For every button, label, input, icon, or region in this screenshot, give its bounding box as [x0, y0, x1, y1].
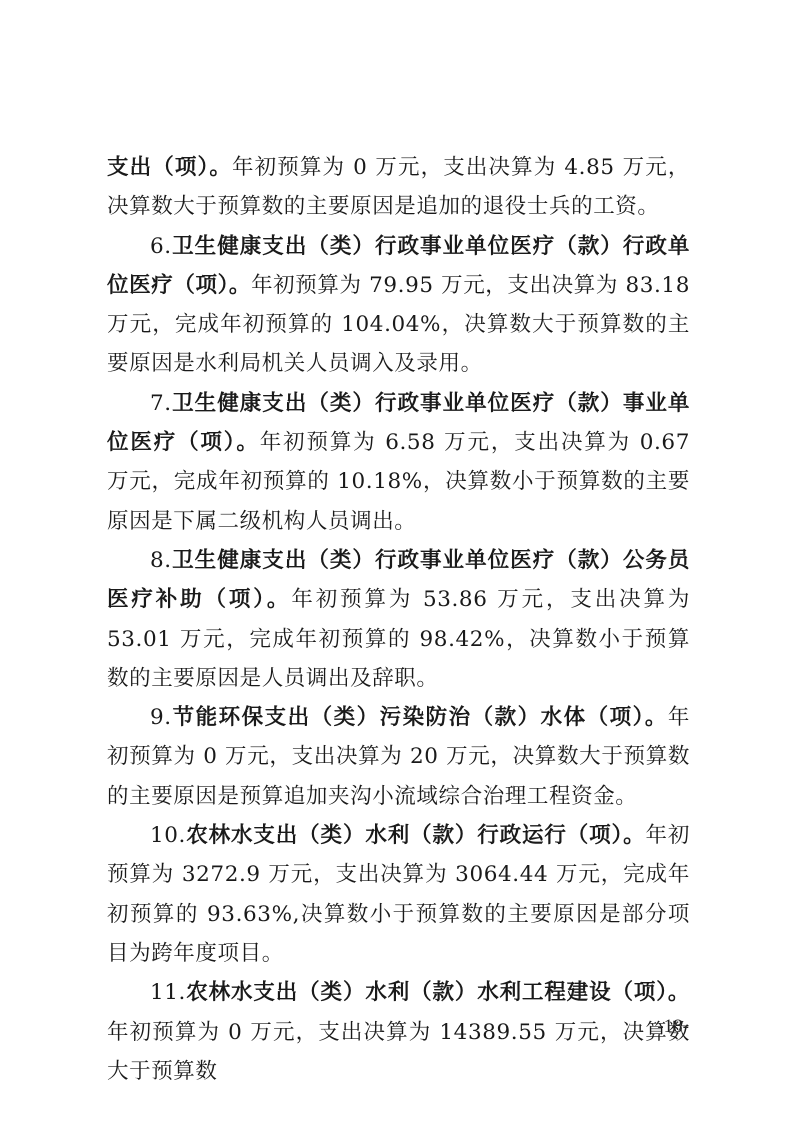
paragraph-6: 6.卫生健康支出（类）行政事业单位医疗（款）行政单位医疗（项）。年初预算为 79… [107, 227, 690, 384]
item-number: 7. [150, 391, 172, 416]
paragraph-5-continued: 支出（项）。年初预算为 0 万元，支出决算为 4.85 万元，决算数大于预算数的… [107, 148, 690, 227]
item-number: 11. [150, 980, 186, 1005]
item-number: 8. [150, 548, 172, 573]
item-body: 年初预算为 0 万元，支出决算为 14389.55 万元，决算数大于预算数 [107, 1020, 690, 1084]
paragraph-9: 9.节能环保支出（类）污染防治（款）水体（项）。年初预算为 0 万元，支出决算为… [107, 698, 690, 816]
item-heading: 支出（项）。 [107, 155, 232, 180]
paragraph-10: 10.农林水支出（类）水利（款）行政运行（项）。年初预算为 3272.9 万元，… [107, 816, 690, 973]
paragraph-8: 8.卫生健康支出（类）行政事业单位医疗（款）公务员医疗补助（项）。年初预算为 5… [107, 541, 690, 698]
item-heading: 农林水支出（类）水利（款）行政运行（项）。 [186, 823, 646, 848]
item-heading: 节能环保支出（类）污染防治（款）水体（项）。 [172, 705, 668, 730]
item-number: 6. [150, 234, 172, 259]
paragraph-7: 7.卫生健康支出（类）行政事业单位医疗（款）事业单位医疗（项）。年初预算为 6.… [107, 384, 690, 541]
item-number: 9. [150, 705, 172, 730]
page-number: -18- [657, 1016, 689, 1038]
item-heading: 农林水支出（类）水利（款）水利工程建设（项）。 [186, 980, 690, 1005]
paragraph-11: 11.农林水支出（类）水利（款）水利工程建设（项）。年初预算为 0 万元，支出决… [107, 973, 690, 1091]
document-body: 支出（项）。年初预算为 0 万元，支出决算为 4.85 万元，决算数大于预算数的… [107, 148, 690, 1091]
item-number: 10. [150, 823, 186, 848]
